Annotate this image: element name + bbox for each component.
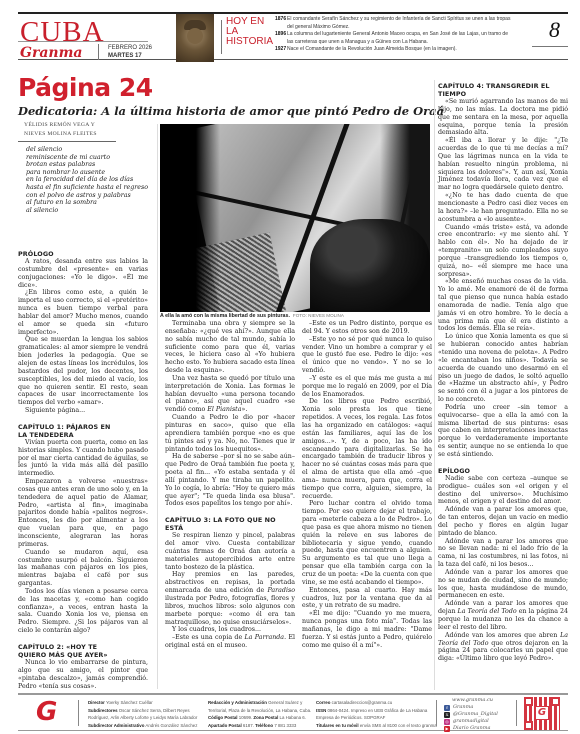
- qr-code[interactable]: G: [524, 697, 560, 730]
- divider: [436, 700, 437, 726]
- page-number: 8: [549, 17, 560, 43]
- address-label: Zona Postal: [253, 715, 278, 720]
- paragraph: «¿No te has dado cuenta de que mencionas…: [438, 192, 568, 223]
- staff-names: Andrés González Sánchez: [145, 723, 197, 728]
- poem-line: brotan estas palabras: [26, 161, 161, 169]
- paragraph: Adónde van a parar los amores que dejan …: [438, 600, 568, 631]
- qr-finder: [524, 697, 533, 706]
- paragraph: Ha de saberse –por si no se sabe aún– qu…: [165, 453, 295, 508]
- paragraph: –Este yo no sé por qué nunca lo quiso ve…: [302, 336, 432, 375]
- social-links: www.granma.cu fGranma X@Granma_Digital ◎…: [444, 697, 498, 732]
- photo-subject-silhouette: [310, 219, 430, 312]
- staff-line: Director Yoerky Sánchez Cuéllar: [88, 699, 197, 707]
- paragraph: Lo único que Xonia lamenta es que si se …: [438, 333, 568, 404]
- contact-line: Empresa de Periódicos. SOPGRAF: [316, 714, 437, 722]
- artwork-title: La Parranda: [244, 634, 284, 641]
- paragraph: Cuando a Pedro le dio por «hacer pintura…: [165, 414, 295, 453]
- address-value: Territorial, Plaza de la Revolución, La …: [208, 708, 311, 713]
- website-link[interactable]: www.granma.cu: [444, 697, 498, 704]
- paragraph: Adónde van a parar los amores que no se …: [438, 538, 568, 569]
- issue-date: FEBRERO 2026 MARTES 17: [108, 44, 152, 60]
- address-line: Código Postal 10699. Zona Postal La Haba…: [208, 714, 311, 722]
- paragraph: Adónde van a parar los amores que, de ta…: [438, 506, 568, 537]
- weekday-day: MARTES 17: [108, 52, 152, 60]
- qr-finder: [551, 697, 560, 706]
- book-title: Paradiso: [267, 587, 295, 594]
- staff-names: Rodríguez, Arlin Alberty Loforte y Leidy…: [88, 715, 197, 720]
- article-column-4: Capítulo 4: Transgredir el tiempo «Se mu…: [438, 82, 568, 663]
- photo-credit: Foto: Nieves Molina: [293, 313, 344, 318]
- column-divider: [157, 124, 158, 689]
- divider: [532, 46, 568, 47]
- staff-credits: Director Yoerky Sánchez Cuéllar Subdirec…: [88, 699, 197, 729]
- paragraph: Cuando «más triste» está, va adonde cree…: [438, 224, 568, 279]
- poem-line: reminiscente de mi cuarto: [26, 154, 161, 162]
- epigraph-poem: del silencio reminiscente de mi cuarto b…: [26, 146, 161, 214]
- facebook-handle: Granma: [453, 704, 473, 711]
- section-heading: Epílogo: [438, 467, 568, 475]
- paragraph: Siguiente página...: [18, 407, 148, 415]
- paragraph: –Este es una copia de La Parranda. El or…: [165, 634, 295, 650]
- photo-caption: A ella la amó con la misma libertad de s…: [160, 313, 430, 319]
- contact-value: envía SMS al 8100 con el texto granma: [360, 723, 437, 728]
- address-value: 6187.: [243, 723, 255, 728]
- staff-role: Subdirectores: [88, 708, 118, 713]
- instagram-link[interactable]: ◎granmadigital: [444, 718, 498, 725]
- paragraph: «Se murió agarrando las manos de mi hijo…: [438, 98, 568, 137]
- masthead: CUBA Granma FEBRERO 2026 MARTES 17 HOY E…: [18, 12, 568, 60]
- section-heading: Prólogo: [18, 250, 148, 258]
- poem-line: con el polvo de astros y palabras: [26, 192, 161, 200]
- section-heading: Capítulo 3: La foto que no está: [165, 516, 295, 532]
- paragraph: Terminaba una obra y siempre se la enseñ…: [165, 320, 295, 375]
- article-column-1: Prólogo A ratos, desanda entre sus labio…: [18, 250, 148, 690]
- poem-line: hasta el fin suficiente hasta el regreso: [26, 184, 161, 192]
- paragraph: Hay premios en las paredes, abstractivos…: [165, 571, 295, 626]
- contact-line: Titulares en tu móvil envía SMS al 8100 …: [316, 722, 437, 730]
- contact-label: ISSN: [316, 708, 326, 713]
- staff-role: Director: [88, 700, 105, 705]
- facebook-link[interactable]: fGranma: [444, 704, 498, 711]
- address-value: 7 881 3333: [274, 723, 296, 728]
- poem-line: en la ferocidad del día de los días: [26, 176, 161, 184]
- address-line: Redacción y Administración General Suáre…: [208, 699, 311, 707]
- instagram-handle: granmadigital: [453, 718, 489, 725]
- address-value: General Suárez y: [268, 700, 302, 705]
- section-name: CUBA: [20, 18, 105, 47]
- divider: [78, 700, 79, 726]
- history-events: 1876El comandante Serafín Sánchez y su r…: [275, 16, 515, 54]
- text: –Este es una copia de: [172, 634, 244, 641]
- history-label: HOY EN LA HISTORIA: [226, 17, 274, 47]
- paragraph: «Él iba a llorar y le dije: "¿Te acuerda…: [438, 137, 568, 192]
- divider: [18, 141, 116, 142]
- history-event: 1927Nace el Comandante de la Revolución …: [275, 46, 515, 54]
- paragraph: Y los cuadros, los cuadros...: [165, 626, 295, 634]
- event-year: 1876: [275, 16, 287, 31]
- artwork-title: El Pianista: [207, 406, 241, 413]
- paragraph: Adónde van los amores que abren La Teorí…: [438, 632, 568, 663]
- staff-role: Subdirector Administrativo: [88, 723, 144, 728]
- x-handle: @Granma_Digital: [453, 711, 498, 718]
- paragraph: Pero luchar contra el olvido toma tiempo…: [302, 500, 432, 586]
- history-event: 1896La columna del lugarteniente General…: [275, 31, 515, 46]
- paragraph: Entonces, pasa al cuarto. Hay más cuadro…: [302, 587, 432, 611]
- event-text: El comandante Serafín Sánchez y su regim…: [287, 16, 515, 31]
- poem-line: al silencio: [26, 207, 161, 215]
- article-subtitle: Dedicatoria: A la última historia de amo…: [18, 104, 444, 118]
- divider: [98, 44, 99, 60]
- article-title: Página 24: [18, 75, 153, 100]
- paragraph: Se respiran lienzo y pincel, palabras de…: [165, 532, 295, 571]
- paragraph: Todos los días vienen a posarse cerca de…: [18, 588, 148, 635]
- qr-finder: [524, 721, 533, 730]
- paragraph: –Este es un Pedro distinto, porque es de…: [302, 320, 432, 336]
- address-block: Redacción y Administración General Suáre…: [208, 699, 311, 729]
- column-divider: [434, 80, 435, 690]
- paragraph: «Me enseñó muchas cosas de la vida. Yo l…: [438, 278, 568, 333]
- byline: Yélidis Remón Vega y Nieves Molina Fleit…: [24, 121, 97, 139]
- divider: [221, 20, 222, 54]
- staff-line: Subdirector Administrativo Andrés Gonzál…: [88, 722, 197, 730]
- address-label: Teléfono: [255, 723, 273, 728]
- address-label: Código Postal: [208, 715, 238, 720]
- paragraph: Cuando se mudaron aquí, esa costumbre us…: [18, 549, 148, 588]
- history-event: 1876El comandante Serafín Sánchez y su r…: [275, 16, 515, 31]
- staff-names: Oscar Sánchez Serra, Dilbert Reyes: [119, 708, 190, 713]
- text: ».: [241, 406, 247, 413]
- youtube-handle: Diario Granma: [453, 725, 491, 732]
- article-column-2: Terminaba una obra y siempre se la enseñ…: [165, 320, 295, 650]
- history-label-line-2: HISTORIA: [226, 37, 274, 47]
- facebook-icon: f: [444, 705, 450, 711]
- paragraph: Vivían puerta con puerta, como en las hi…: [18, 439, 148, 478]
- paragraph: «Él me dijo: "Cuando yo me muera, nunca …: [302, 610, 432, 649]
- paragraph: Adónde van a parar los amores que no se …: [438, 569, 568, 600]
- website-url: www.granma.cu: [452, 697, 493, 704]
- event-year: 1927: [275, 46, 287, 54]
- divider: [516, 700, 517, 726]
- paragraph: Una vez hasta se quedó por título una in…: [165, 375, 295, 414]
- poem-line: del silencio: [26, 146, 161, 154]
- poem-line: para nombrar lo ausente: [26, 169, 161, 177]
- text: ilustrada por Pedro, fotografías, flores…: [165, 595, 295, 626]
- x-icon: X: [444, 712, 450, 718]
- portrait-face: [187, 28, 203, 44]
- section-divider: [18, 41, 148, 42]
- history-portrait-image: [176, 14, 214, 62]
- youtube-icon: ▶: [444, 726, 450, 732]
- x-link[interactable]: X@Granma_Digital: [444, 711, 498, 718]
- event-year: 1896: [275, 31, 287, 46]
- paragraph: ¿En libros como este, a quién le importa…: [18, 289, 148, 336]
- contact-label: Titulares en tu móvil: [316, 723, 359, 728]
- month-year: FEBRERO 2026: [108, 44, 152, 52]
- history-label-line-1: HOY EN LA: [226, 17, 274, 37]
- address-value: La Habana 6.: [280, 715, 306, 720]
- section-heading: Capítulo 4: Transgredir el tiempo: [438, 82, 568, 98]
- text: Adónde van los amores que abren: [445, 632, 560, 639]
- address-value: 10699.: [239, 715, 254, 720]
- photo-shadow: [160, 124, 220, 312]
- contact-block: Correo cartasaladireccion@granma.cu ISSN…: [316, 699, 437, 729]
- youtube-link[interactable]: ▶Diario Granma: [444, 725, 498, 732]
- paragraph: A ratos, desanda entre sus labios la cos…: [18, 258, 148, 289]
- paragraph: De los libros que Pedro escribió, Xonia …: [302, 398, 432, 500]
- contact-line: Correo cartasaladireccion@granma.cu: [316, 699, 437, 707]
- paragraph: –Y este es el que más me gusta a mí porq…: [302, 375, 432, 399]
- email-link[interactable]: cartasaladireccion@granma.cu: [332, 700, 393, 705]
- paragraph: Que se muerdan la lengua los sabios gram…: [18, 336, 148, 407]
- page-footer: G Director Yoerky Sánchez Cuéllar Subdir…: [18, 693, 568, 731]
- address-line: Territorial, Plaza de la Revolución, La …: [208, 707, 311, 715]
- granma-g-logo: G: [36, 699, 57, 725]
- author-line: Nieves Molina Fleites: [24, 130, 97, 139]
- contact-line: ISSN 0864-0424. Impreso en UEB Gráfica d…: [316, 707, 437, 715]
- qr-g-logo: G: [535, 706, 549, 720]
- staff-line: Subdirectores Oscar Sánchez Serra, Dilbe…: [88, 707, 197, 715]
- paragraph: Empezaron a volverse «nuestras» cosas qu…: [18, 478, 148, 549]
- event-text: La columna del lugarteniente General Ant…: [287, 31, 515, 46]
- contact-value: 0864-0424. Impreso en UEB Gráfica de La …: [327, 708, 427, 713]
- article-photo: [160, 124, 430, 312]
- paragraph: Nadie sabe con certeza –aunque se prodig…: [438, 475, 568, 506]
- event-text: Nace el Comandante de la Revolución Juan…: [287, 46, 457, 54]
- address-line: Apartado Postal 6187. Teléfono 7 881 333…: [208, 722, 311, 730]
- caption-text: A ella la amó con la misma libertad de s…: [160, 313, 290, 319]
- author-line: Yélidis Remón Vega y: [24, 121, 97, 130]
- book-title: La Teoría del Todo: [458, 608, 517, 615]
- section-heading: Capítulo 2: «Hoy te quiero más que ayer»: [18, 643, 118, 659]
- article-column-3: –Este es un Pedro distinto, porque es de…: [302, 320, 432, 649]
- section-heading: Capítulo 1: Pájaros en la tendedera: [18, 423, 113, 439]
- instagram-icon: ◎: [444, 719, 450, 725]
- address-label: Apartado Postal: [208, 723, 242, 728]
- contact-value: Empresa de Periódicos. SOPGRAF: [316, 715, 385, 720]
- paragraph: Podría uno creer –sin temor a equivocars…: [438, 404, 568, 459]
- contact-label: Correo: [316, 700, 330, 705]
- poem-line: al futuro en la sombra: [26, 199, 161, 207]
- paragraph: Nunca lo vio embarrarse de pintura, algo…: [18, 659, 148, 690]
- paper-logo: Granma: [20, 46, 82, 60]
- address-label: Redacción y Administración: [208, 700, 267, 705]
- staff-line: Rodríguez, Arlin Alberty Loforte y Leidy…: [88, 714, 197, 722]
- staff-names: Yoerky Sánchez Cuéllar: [106, 700, 153, 705]
